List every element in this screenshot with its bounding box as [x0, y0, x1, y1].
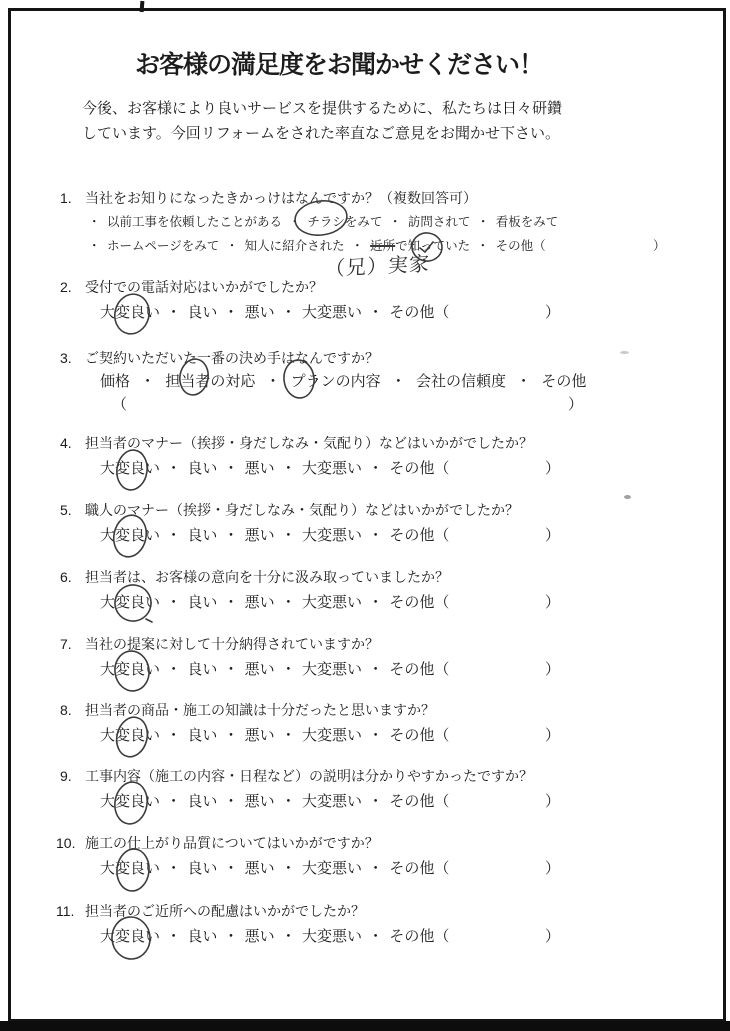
close-paren: ）	[545, 457, 560, 478]
intro-line-1: 今後、お客様により良いサービスを提供するために、私たちは日々研鑽	[82, 96, 562, 121]
question-text: 受付での電話対応はいかがでしたか？	[85, 279, 323, 295]
scan-artifact-dot	[624, 495, 631, 499]
options-line: 大変良い ・ 良い ・ 悪い ・ 大変悪い ・ その他（ ）	[100, 925, 449, 946]
close-paren: ）	[568, 393, 583, 414]
question-text: 当社をお知りになったきかっけはなんですか？（複数回答可）	[85, 190, 477, 206]
close-paren: ）	[545, 524, 560, 545]
options-line: 大変良い ・ 良い ・ 悪い ・ 大変悪い ・ その他（ ）	[100, 724, 449, 745]
question-text: 担当者のマナー（挨拶・身だしなみ・気配り）などはいかがでしたか？	[85, 435, 533, 451]
options-line: ・ ホームページをみて ・ 知人に紹介された ・ 近所で知っていた ・ その他（…	[88, 236, 546, 254]
close-paren: ）	[545, 790, 560, 811]
question-number: 3.	[60, 350, 85, 366]
question-text: 担当者の商品・施工の知識は十分だったと思いますか？	[85, 702, 435, 718]
scanned-survey-page: お客様の満足度をお聞かせください！ 今後、お客様により良いサービスを提供するため…	[0, 0, 730, 1031]
scan-artifact-dot	[620, 351, 629, 354]
question-text: 当社の提案に対して十分納得されていますか？	[85, 636, 379, 652]
close-paren: ）	[653, 236, 666, 254]
question-text: 施工の仕上がり品質についてはいかがですか？	[85, 835, 379, 851]
options-line: 大変良い ・ 良い ・ 悪い ・ 大変悪い ・ その他（ ）	[100, 658, 449, 679]
question-text: 工事内容（施工の内容・日程など）の説明は分かりやすかったですか？	[85, 768, 533, 784]
handwritten-note: （兄）実家	[324, 247, 430, 282]
question-number: 1.	[60, 190, 85, 206]
open-paren: （	[112, 396, 127, 413]
question-number: 4.	[60, 435, 85, 451]
close-paren: ）	[545, 301, 560, 322]
question-number: 10.	[56, 835, 85, 851]
options-line: 大変良い ・ 良い ・ 悪い ・ 大変悪い ・ その他（ ）	[100, 301, 449, 322]
question-number: 7.	[60, 636, 85, 652]
question-text: 職人のマナー（挨拶・身だしなみ・気配り）などはいかがでしたか？	[85, 502, 519, 518]
close-paren: ）	[545, 658, 560, 679]
question-text: 担当者は、お客様の意向を十分に汲み取っていましたか？	[85, 569, 449, 585]
close-paren: ）	[545, 724, 560, 745]
options-line: 大変良い ・ 良い ・ 悪い ・ 大変悪い ・ その他（ ）	[100, 591, 449, 612]
other-answer-line: （ ）	[112, 393, 127, 414]
options-line: 大変良い ・ 良い ・ 悪い ・ 大変悪い ・ その他（ ）	[100, 790, 449, 811]
question-number: 2.	[60, 279, 85, 295]
intro-line-2: しています。今回リフォームをされた率直なご意見をお聞かせ下さい。	[82, 121, 562, 146]
close-paren: ）	[545, 857, 560, 878]
question-number: 6.	[60, 569, 85, 585]
question-number: 8.	[60, 702, 85, 718]
options-line: ・ 以前工事を依頼したことがある ・ チラシをみて ・ 訪問されて ・ 看板をみ…	[88, 212, 558, 230]
options-line: 大変良い ・ 良い ・ 悪い ・ 大変悪い ・ その他（ ）	[100, 524, 449, 545]
options-line: 大変良い ・ 良い ・ 悪い ・ 大変悪い ・ その他（ ）	[100, 857, 449, 878]
question-number: 5.	[60, 502, 85, 518]
question-text: ご契約いただいた一番の決め手はなんですか？	[85, 350, 379, 366]
scan-artifact-mark	[140, 1, 145, 12]
close-paren: ）	[545, 925, 560, 946]
options-line: 価格 ・ 担当者の対応 ・ プランの内容 ・ 会社の信頼度 ・ その他	[100, 370, 586, 391]
question-number: 11.	[56, 903, 85, 919]
question-text: 担当者のご近所への配慮はいかがでしたか？	[85, 903, 365, 919]
page-title: お客様の満足度をお聞かせください！	[135, 45, 543, 81]
question-number: 9.	[60, 768, 85, 784]
scan-bottom-edge	[0, 1021, 730, 1031]
intro-text: 今後、お客様により良いサービスを提供するために、私たちは日々研鑽 しています。今…	[82, 96, 562, 146]
close-paren: ）	[545, 591, 560, 612]
options-line: 大変良い ・ 良い ・ 悪い ・ 大変悪い ・ その他（ ）	[100, 457, 449, 478]
